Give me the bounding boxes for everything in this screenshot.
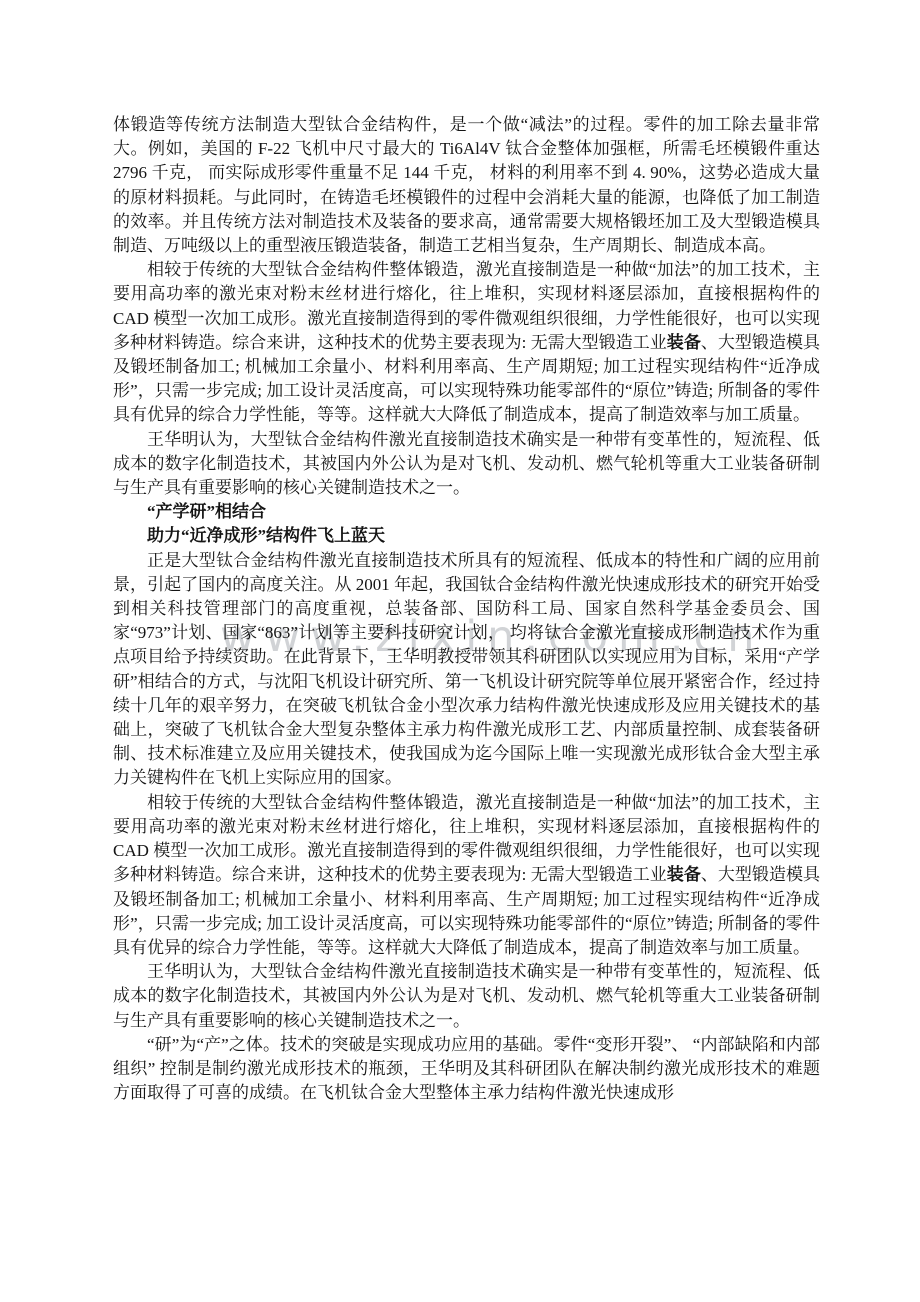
document-content: 体锻造等传统方法制造大型钛合金结构件，是一个做“减法”的过程。零件的加工除去量非… [113,113,820,1105]
paragraph: 王华明认为，大型钛合金结构件激光直接制造技术确实是一种带有变革性的，短流程、低成… [113,960,820,1033]
paragraph: “研”为“产”之体。技术的突破是实现成功应用的基础。零件“变形开裂”、 “内部缺… [113,1033,820,1106]
section-heading: “产学研”相结合 [113,500,820,524]
text-run: 体锻造等传统方法制造大型钛合金结构件，是一个做“减法”的过程。零件的加工除去量非… [113,115,820,255]
paragraph: 正是大型钛合金结构件激光直接制造技术所具有的短流程、低成本的特性和广阔的应用前景… [113,549,820,791]
text-run: 王华明认为，大型钛合金结构件激光直接制造技术确实是一种带有变革性的，短流程、低成… [113,962,820,1029]
paragraph: 王华明认为，大型钛合金结构件激光直接制造技术确实是一种带有变革性的，短流程、低成… [113,428,820,501]
paragraph: 相较于传统的大型钛合金结构件整体锻造，激光直接制造是一种做“加法”的加工技术，主… [113,258,820,427]
bold-text-run: 装备 [667,333,701,352]
bold-text-run: 装备 [667,865,701,884]
text-run: “研”为“产”之体。技术的突破是实现成功应用的基础。零件“变形开裂”、 “内部缺… [113,1035,820,1102]
document-page: www.zixin.com.cn 体锻造等传统方法制造大型钛合金结构件，是一个做… [0,0,920,1302]
paragraph: 体锻造等传统方法制造大型钛合金结构件，是一个做“减法”的过程。零件的加工除去量非… [113,113,820,258]
text-run: 王华明认为，大型钛合金结构件激光直接制造技术确实是一种带有变革性的，短流程、低成… [113,430,820,497]
section-heading: 助力“近净成形”结构件飞上蓝天 [113,524,820,548]
text-run: 正是大型钛合金结构件激光直接制造技术所具有的短流程、低成本的特性和广阔的应用前景… [113,551,820,788]
paragraph: 相较于传统的大型钛合金结构件整体锻造，激光直接制造是一种做“加法”的加工技术，主… [113,791,820,960]
bold-text-run: 助力“近净成形”结构件飞上蓝天 [147,526,385,545]
bold-text-run: “产学研”相结合 [147,502,266,521]
